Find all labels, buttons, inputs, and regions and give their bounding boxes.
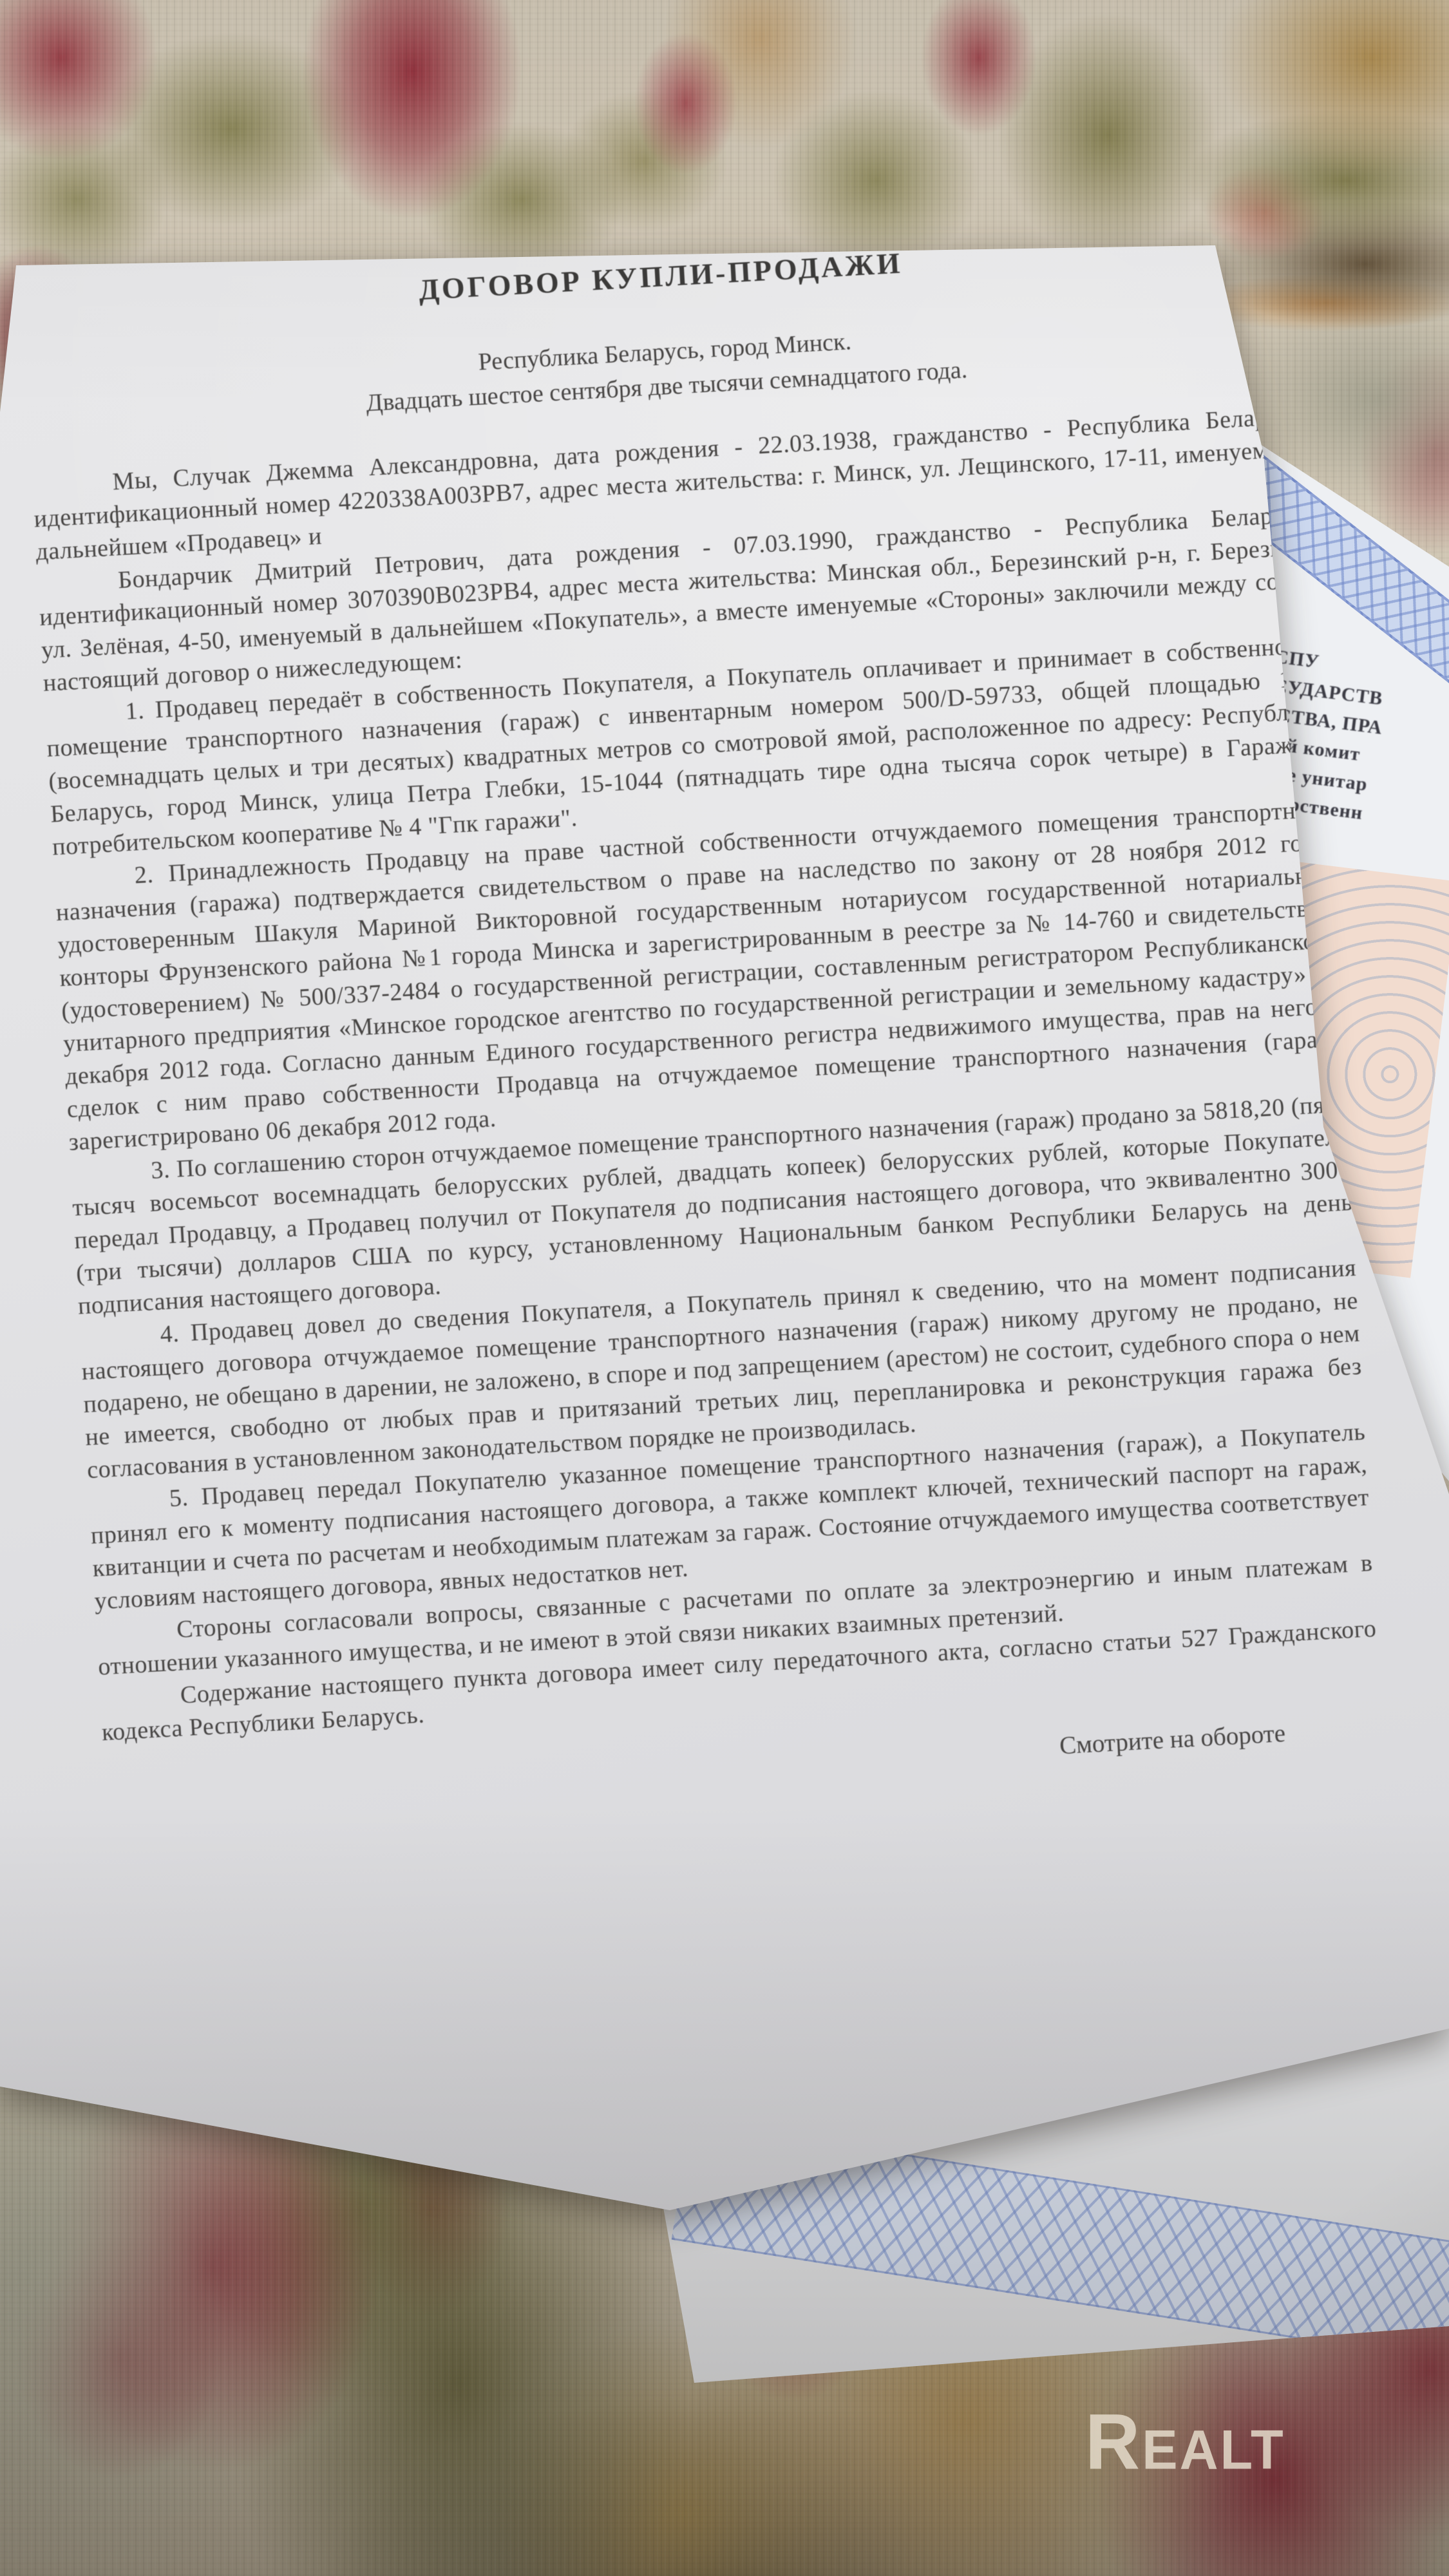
contract-paper-shadow: ДОГОВОР КУПЛИ-ПРОДАЖИ Республика Беларус… [0, 0, 1449, 2576]
realt-watermark-logo: Realt [1085, 2396, 1285, 2487]
photo-scene: РЕСПУГОСУДАРСТВЩЕСТВА, ПРАенный комитанс… [0, 0, 1449, 2576]
contract-paragraphs: Мы, Случак Джемма Александровна, дата ро… [31, 399, 1379, 1750]
contract-document: ДОГОВОР КУПЛИ-ПРОДАЖИ Республика Беларус… [19, 186, 1383, 1814]
contract-paper: ДОГОВОР КУПЛИ-ПРОДАЖИ Республика Беларус… [0, 0, 1449, 2576]
